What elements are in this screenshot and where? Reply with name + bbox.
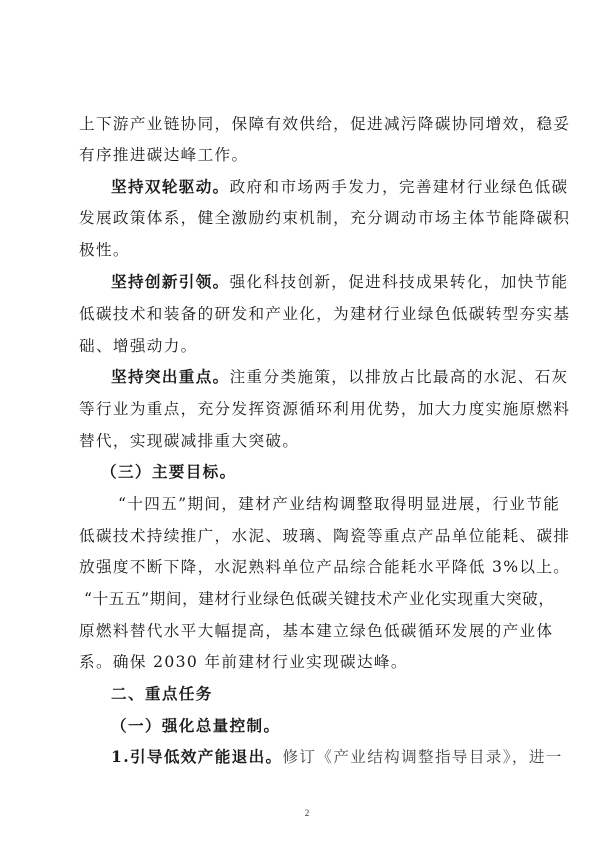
line-text: 政府和市场两手发力，完善建材行业绿色低碳: [230, 178, 569, 196]
principle-paragraph-focus: 坚持突出重点。注重分类施策，以排放占比最高的水泥、石灰: [111, 367, 541, 387]
body-line: 低碳技术和装备的研发和产业化，为建材行业绿色低碳转型夯实基: [79, 304, 541, 324]
principle-paragraph-innovation: 坚持创新引领。强化科技创新，促进科技成果转化，加快节能: [111, 272, 541, 292]
body-line: 有序推进碳达峰工作。: [79, 145, 541, 165]
principle-heading: 坚持双轮驱动。: [111, 177, 230, 196]
line-text: 注重分类施策，以排放占比最高的水泥、石灰: [230, 368, 569, 386]
line-text: 有序推进碳达峰工作。: [79, 146, 248, 164]
line-text: 替代，实现碳减排重大突破。: [79, 432, 299, 450]
document-page: 上下游产业链协同，保障有效供给，促进减污降碳协同增效，稳妥 有序推进碳达峰工作。…: [0, 0, 614, 860]
body-line: 极性。: [79, 240, 541, 260]
line-text: 极性。: [79, 241, 130, 259]
line-text: 上下游产业链协同，保障有效供给，促进减污降碳协同增效，稳妥: [79, 115, 570, 133]
page-number: 2: [0, 808, 614, 818]
body-line: 替代，实现碳减排重大突破。: [79, 431, 541, 451]
section-heading-key-tasks: 二、重点任务: [111, 684, 573, 704]
line-text: 原燃料替代水平大幅提高，基本建立绿色低碳循环发展的产业体: [79, 622, 553, 640]
line-text: “十四五”期间，建材产业结构调整取得明显进展，行业节能: [118, 495, 560, 513]
line-text: 修订《产业结构调整指导目录》，进一: [282, 748, 562, 766]
line-text: 放强度不断下降，水泥熟料单位产品综合能耗水平降低 3%以上。: [79, 558, 570, 576]
body-line: 等行业为重点，充分发挥资源循环利用优势，加大力度实施原燃料: [79, 399, 541, 419]
body-line: 上下游产业链协同，保障有效供给，促进减污降碳协同增效，稳妥: [79, 114, 541, 134]
task-paragraph-capacity-exit: 1.引导低效产能退出。修订《产业结构调整指导目录》，进一: [111, 747, 541, 767]
heading-text: （一）强化总量控制。: [111, 716, 280, 735]
body-line: “十四五”期间，建材产业结构调整取得明显进展，行业节能: [118, 494, 548, 514]
body-line: 系。确保 2030 年前建材行业实现碳达峰。: [79, 652, 541, 672]
line-text: 低碳技术持续推广，水泥、玻璃、陶瓷等重点产品单位能耗、碳排: [79, 527, 570, 545]
body-line: “十五五”期间，建材行业绿色低碳关键技术产业化实现重大突破，: [84, 589, 546, 609]
principle-heading: 坚持创新引领。: [111, 272, 230, 291]
principle-paragraph-dual-drive: 坚持双轮驱动。政府和市场两手发力，完善建材行业绿色低碳: [111, 177, 541, 197]
body-line: 低碳技术持续推广，水泥、玻璃、陶瓷等重点产品单位能耗、碳排: [79, 526, 541, 546]
task-heading: 1.引导低效产能退出。: [111, 747, 282, 766]
heading-text: 二、重点任务: [111, 684, 213, 703]
body-line: 发展政策体系，健全激励约束机制，充分调动市场主体节能降碳积: [79, 208, 541, 228]
line-text: 低碳技术和装备的研发和产业化，为建材行业绿色低碳转型夯实基: [79, 305, 570, 323]
line-text: “十五五”期间，建材行业绿色低碳关键技术产业化实现重大突破，: [84, 590, 555, 608]
line-text: 发展政策体系，健全激励约束机制，充分调动市场主体节能降碳积: [79, 209, 570, 227]
line-text: 等行业为重点，充分发挥资源循环利用优势，加大力度实施原燃料: [79, 400, 570, 418]
section-heading-main-goals: （三）主要目标。: [101, 462, 563, 482]
line-text: 础、增强动力。: [79, 337, 198, 355]
body-line: 础、增强动力。: [79, 336, 541, 356]
subsection-heading-total-control: （一）强化总量控制。: [111, 716, 573, 736]
body-line: 原燃料替代水平大幅提高，基本建立绿色低碳循环发展的产业体: [79, 621, 541, 641]
line-text: 强化科技创新，促进科技成果转化，加快节能: [230, 273, 569, 291]
body-line: 放强度不断下降，水泥熟料单位产品综合能耗水平降低 3%以上。: [79, 557, 541, 577]
line-text: 系。确保 2030 年前建材行业实现碳达峰。: [79, 653, 408, 671]
heading-text: （三）主要目标。: [101, 462, 237, 481]
principle-heading: 坚持突出重点。: [111, 367, 230, 386]
